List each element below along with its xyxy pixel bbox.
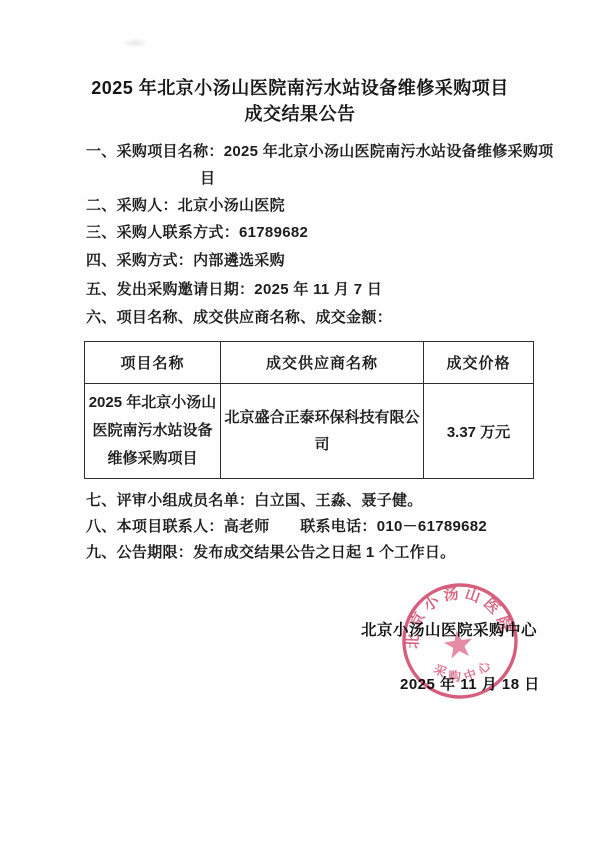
page-title: 2025 年北京小汤山医院南污水站设备维修采购项目 <box>0 74 600 100</box>
header-supplier-name: 成交供应商名称 <box>221 342 424 384</box>
supplier-line-1: 北京盛合正泰环保科技有限公 <box>223 404 421 431</box>
project-line-3: 维修采购项目 <box>87 445 218 473</box>
issue-date: 2025 年 11 月 18 日 <box>400 673 540 694</box>
supplier-name-cell: 北京盛合正泰环保科技有限公 司 <box>221 384 424 479</box>
list-item-2: 二、采购人：北京小汤山医院 <box>86 194 285 215</box>
svg-text:北京小汤山医院: 北京小汤山医院 <box>398 579 517 651</box>
list-item-1-wrap: 目 <box>200 167 215 188</box>
list-item-9: 九、公告期限：发布成交结果公告之日起 1 个工作日。 <box>86 541 455 562</box>
list-item-6: 六、项目名称、成交供应商名称、成交金额： <box>86 306 392 327</box>
supplier-line-2: 司 <box>223 431 421 458</box>
price-cell: 3.37 万元 <box>424 384 534 479</box>
header-project-name: 项目名称 <box>85 342 221 384</box>
list-item-8: 八、本项目联系人：高老师 联系电话：010－61789682 <box>86 515 487 536</box>
header-price: 成交价格 <box>424 342 534 384</box>
table-row: 2025 年北京小汤山 医院南污水站设备 维修采购项目 北京盛合正泰环保科技有限… <box>85 384 534 479</box>
list-item-4: 四、采购方式：内部遴选采购 <box>86 249 285 270</box>
signer-name: 北京小汤山医院采购中心 <box>361 618 537 640</box>
result-table: 项目名称 成交供应商名称 成交价格 2025 年北京小汤山 医院南污水站设备 维… <box>84 341 534 479</box>
list-item-3: 三、采购人联系方式：61789682 <box>86 221 308 242</box>
project-name-cell: 2025 年北京小汤山 医院南污水站设备 维修采购项目 <box>85 384 221 479</box>
page-subtitle: 成交结果公告 <box>0 100 600 126</box>
project-line-2: 医院南污水站设备 <box>87 417 218 445</box>
list-item-7: 七、评审小组成员名单：白立国、王淼、聂子健。 <box>86 489 423 510</box>
seal-ring-text: 北京小汤山医院 <box>398 579 517 651</box>
scan-smudge <box>122 38 148 48</box>
project-line-1: 2025 年北京小汤山 <box>87 389 218 417</box>
document-page: 2025 年北京小汤山医院南污水站设备维修采购项目 成交结果公告 一、采购项目名… <box>0 0 600 848</box>
list-item-5: 五、发出采购邀请日期：2025 年 11 月 7 日 <box>86 278 382 299</box>
table-header-row: 项目名称 成交供应商名称 成交价格 <box>85 342 534 384</box>
list-item-1: 一、采购项目名称：2025 年北京小汤山医院南污水站设备维修采购项 <box>86 140 553 161</box>
